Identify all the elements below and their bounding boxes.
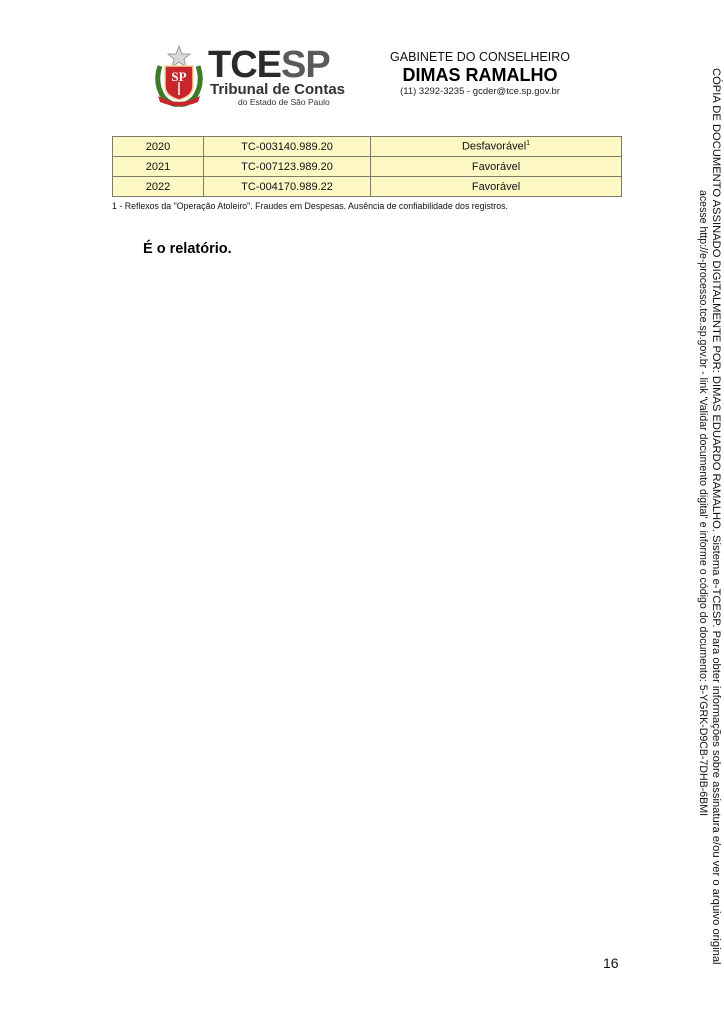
table-footnote: 1 - Reflexos da "Operação Atoleiro". Fra…	[112, 201, 508, 211]
office-header: GABINETE DO CONSELHEIRO DIMAS RAMALHO (1…	[370, 50, 590, 98]
office-title: GABINETE DO CONSELHEIRO	[370, 50, 590, 65]
table-row: 2020TC-003140.989.20Desfavorável1	[113, 137, 622, 157]
stamp-line-2: acesse http://e-processo.tce.sp.gov.br -…	[697, 68, 709, 938]
process-cell: TC-007123.989.20	[204, 157, 371, 177]
tcesp-logo: SP TCESP Tribunal de Contas do Estado de…	[150, 44, 350, 110]
process-cell: TC-004170.989.22	[204, 177, 371, 197]
page-number: 16	[603, 955, 619, 971]
digital-signature-stamp: CÓPIA DE DOCUMENTO ASSINADO DIGITALMENTE…	[697, 68, 722, 968]
councilor-name: DIMAS RAMALHO	[370, 65, 590, 85]
office-contact: (11) 3292-3235 - gcder@tce.sp.gov.br	[370, 85, 590, 98]
opinion-text: Favorável	[472, 181, 520, 193]
stamp-line-1: CÓPIA DE DOCUMENTO ASSINADO DIGITALMENTE…	[709, 68, 722, 968]
year-cell: 2021	[113, 157, 204, 177]
process-cell: TC-003140.989.20	[204, 137, 371, 157]
table-row: 2021TC-007123.989.20Favorável	[113, 157, 622, 177]
opinion-cell: Favorável	[371, 177, 622, 197]
year-cell: 2020	[113, 137, 204, 157]
footnote-reference: 1	[526, 140, 530, 147]
sao-paulo-coat-of-arms-icon: SP	[152, 44, 206, 108]
brand-subtitle-state: do Estado de São Paulo	[238, 97, 345, 108]
year-cell: 2022	[113, 177, 204, 197]
svg-text:SP: SP	[171, 69, 186, 84]
opinion-text: Desfavorável	[462, 141, 526, 153]
opinion-text: Favorável	[472, 161, 520, 173]
accounts-opinion-table: 2020TC-003140.989.20Desfavorável12021TC-…	[112, 136, 622, 197]
opinion-cell: Favorável	[371, 157, 622, 177]
opinion-cell: Desfavorável1	[371, 137, 622, 157]
brand: TCESP Tribunal de Contas do Estado de Sã…	[208, 48, 345, 108]
report-closing: É o relatório.	[143, 241, 232, 257]
brand-wordmark: TCESP	[208, 48, 345, 82]
brand-subtitle: Tribunal de Contas	[210, 82, 345, 97]
table-row: 2022TC-004170.989.22Favorável	[113, 177, 622, 197]
